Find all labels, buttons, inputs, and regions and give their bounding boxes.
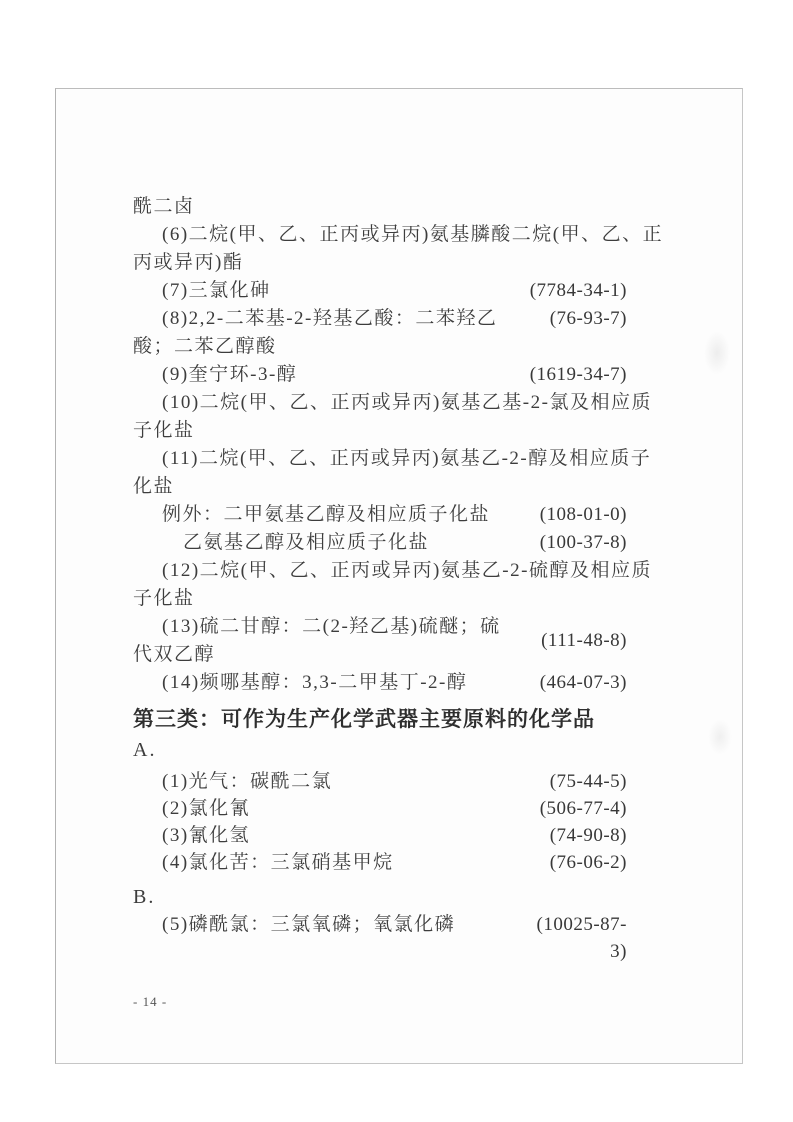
- page-content: 酰二卤 (6)二烷(甲、乙、正丙或异丙)氨基膦酸二烷(甲、乙、正 丙或异丙)酯 …: [133, 193, 627, 965]
- cas-number: (1619-34-7): [530, 361, 627, 389]
- doc-line: (11)二烷(甲、乙、正丙或异丙)氨基乙-2-醇及相应质子: [133, 445, 627, 473]
- chemical-name: 例外：二甲氨基乙醇及相应质子化盐: [162, 501, 490, 529]
- scanned-page: 酰二卤 (6)二烷(甲、乙、正丙或异丙)氨基膦酸二烷(甲、乙、正 丙或异丙)酯 …: [55, 88, 743, 1064]
- cas-number: (100-37-8): [540, 529, 627, 557]
- chemical-name: (14)频哪基醇：3,3-二甲基丁-2-醇: [162, 669, 467, 697]
- cas-number: (7784-34-1): [530, 277, 627, 305]
- doc-line: 酰二卤: [133, 193, 627, 221]
- doc-line-exception: 例外：二甲氨基乙醇及相应质子化盐 (108-01-0): [133, 501, 627, 529]
- chemical-name: (1)光气：碳酰二氯: [162, 768, 332, 795]
- document-canvas: 酰二卤 (6)二烷(甲、乙、正丙或异丙)氨基膦酸二烷(甲、乙、正 丙或异丙)酯 …: [0, 0, 793, 1122]
- chemical-name: (5)磷酰氯：三氯氧磷；氧氯化磷: [162, 911, 455, 938]
- section-a-label: A.: [133, 737, 627, 764]
- doc-line: (14)频哪基醇：3,3-二甲基丁-2-醇 (464-07-3): [133, 669, 627, 697]
- doc-line: (1)光气：碳酰二氯 (75-44-5): [133, 768, 627, 795]
- doc-line: (8)2,2-二苯基-2-羟基乙酸：二苯羟乙 (76-93-7): [133, 305, 627, 333]
- doc-line: (10)二烷(甲、乙、正丙或异丙)氨基乙基-2-氯及相应质: [133, 389, 627, 417]
- doc-line: (4)氯化苦：三氯硝基甲烷 (76-06-2): [133, 849, 627, 876]
- doc-line-exception: 乙氨基乙醇及相应质子化盐 (100-37-8): [133, 529, 627, 557]
- chemical-name: (8)2,2-二苯基-2-羟基乙酸：二苯羟乙: [162, 305, 497, 333]
- doc-line: 子化盐: [133, 417, 627, 445]
- section-heading: 第三类：可作为生产化学武器主要原料的化学品: [133, 703, 627, 737]
- cas-number: (506-77-4): [540, 795, 627, 822]
- cas-number: (108-01-0): [540, 501, 627, 529]
- scan-artifact: [704, 331, 730, 375]
- cas-number: (111-48-8): [541, 630, 627, 652]
- doc-line-group: (13)硫二甘醇：二(2-羟乙基)硫醚；硫 代双乙醇 (111-48-8): [133, 613, 627, 669]
- scan-artifact: [708, 719, 732, 755]
- doc-line: (9)奎宁环-3-醇 (1619-34-7): [133, 361, 627, 389]
- doc-line: 子化盐: [133, 585, 627, 613]
- section-b-label: B.: [133, 884, 627, 911]
- doc-line: 酸；二苯乙醇酸: [133, 333, 627, 361]
- cas-number: (464-07-3): [540, 669, 627, 697]
- doc-line: (3)氰化氢 (74-90-8): [133, 822, 627, 849]
- chemical-name: (3)氰化氢: [162, 822, 250, 849]
- chemical-name: (7)三氯化砷: [162, 277, 271, 305]
- doc-line: 化盐: [133, 473, 627, 501]
- page-number: - 14 -: [133, 994, 167, 1010]
- cas-number: (10025-87-: [537, 911, 627, 938]
- chemical-name: (2)氯化氰: [162, 795, 250, 822]
- cas-number: (76-93-7): [550, 305, 627, 333]
- chemical-name: 乙氨基乙醇及相应质子化盐: [183, 529, 429, 557]
- doc-line: 3): [133, 938, 627, 965]
- doc-line: (12)二烷(甲、乙、正丙或异丙)氨基乙-2-硫醇及相应质: [133, 557, 627, 585]
- doc-line: (7)三氯化砷 (7784-34-1): [133, 277, 627, 305]
- chemical-name: (9)奎宁环-3-醇: [162, 361, 297, 389]
- cas-number: (74-90-8): [550, 822, 627, 849]
- doc-line: 丙或异丙)酯: [133, 249, 627, 277]
- doc-line: (2)氯化氰 (506-77-4): [133, 795, 627, 822]
- cas-number: 3): [610, 938, 627, 965]
- cas-number: (76-06-2): [550, 849, 627, 876]
- doc-line: (6)二烷(甲、乙、正丙或异丙)氨基膦酸二烷(甲、乙、正: [133, 221, 627, 249]
- chemical-name: (4)氯化苦：三氯硝基甲烷: [162, 849, 394, 876]
- cas-number: (75-44-5): [550, 768, 627, 795]
- doc-line: (5)磷酰氯：三氯氧磷；氧氯化磷 (10025-87-: [133, 911, 627, 938]
